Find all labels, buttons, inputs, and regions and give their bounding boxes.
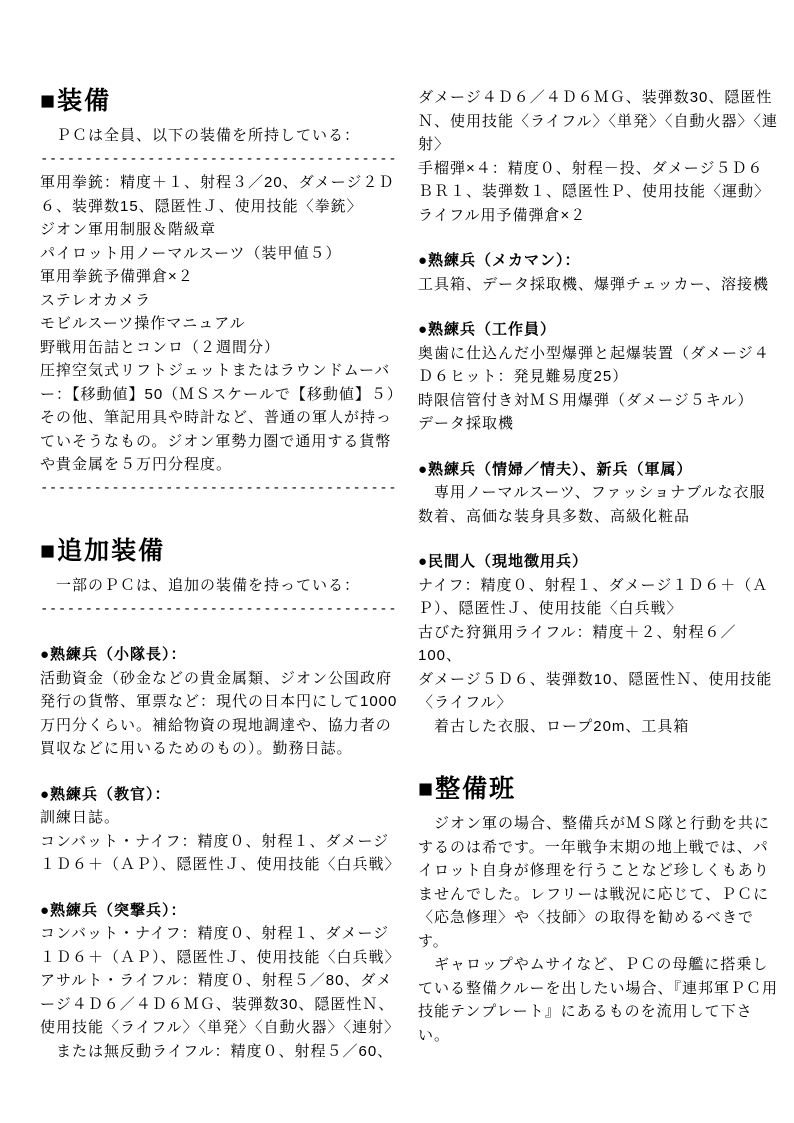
text-line: モビルスーツ操作マニュアル [40,312,400,336]
text-line: 買収などに用いるためのもの）。勤務日誌。 [40,737,400,761]
text-line: ジオン軍の場合、整備兵がＭＳ隊と行動を共に [418,812,780,836]
vertical-gap [418,738,780,760]
text-line: ー：【移動値】50（ＭＳスケールで【移動値】５） [40,383,400,407]
text-line: するのは希です。一年戦争末期の地上戦では、パ [418,836,780,860]
text-line: 発行の貨幣、軍票など：現代の日本円にして1000 [40,690,400,714]
text-line: 工具箱、データ採取機、爆弾チェッカー、溶接機 [418,273,780,297]
vertical-gap [40,500,400,522]
text-line: ダメージ４Ｄ６／４Ｄ６ＭＧ、装弾数30、隠匿性 [418,86,780,110]
text-line: データ採取機 [418,412,780,436]
bullet-heading: ●熟練兵（小隊長）： [40,643,400,667]
text-line: １Ｄ６＋（ＡＰ）、隠匿性Ｊ、使用技能〈白兵戦〉 [40,946,400,970]
bullet-heading: ●熟練兵（教官）： [40,783,400,807]
text-line: 軍用拳銃予備弾倉×２ [40,265,400,289]
text-line: イロット自身が修理を行うことなど珍しくもあり [418,859,780,883]
bullet-heading: ●熟練兵（突撃兵）： [40,899,400,923]
text-line: ギャロップやムサイなど、ＰＣの母艦に搭乗し [418,953,780,977]
text-line: 一部のＰＣは、追加の装備を持っている： [40,574,400,598]
section-heading: ■追加装備 [40,536,400,566]
text-line: 射〉 [418,133,780,157]
dashed-divider: ---------------------------------------- [40,598,400,622]
text-line: 〈ライフル〉 [418,691,780,715]
text-line: パイロット用ノーマルスーツ（装甲値５） [40,242,400,266]
bullet-heading: ●民間人（現地徴用兵） [418,550,780,574]
text-line: Ｐ）、隠匿性Ｊ、使用技能〈白兵戦〉 [418,597,780,621]
vertical-gap [418,227,780,249]
text-line: Ｎ、使用技能〈ライフル〉〈単発〉〈自動火器〉〈連 [418,110,780,134]
text-line: 着古した衣服、ロープ20m、工具箱 [418,715,780,739]
text-line: ている整備クルーを出したい場合、『連邦軍ＰＣ用 [418,977,780,1001]
vertical-gap [418,528,780,550]
text-line: 活動資金（砂金などの貴金属類、ジオン公国政府 [40,667,400,691]
right-column: ダメージ４Ｄ６／４Ｄ６ＭＧ、装弾数30、隠匿性Ｎ、使用技能〈ライフル〉〈単発〉〈… [418,86,780,1047]
dashed-divider: ---------------------------------------- [40,148,400,172]
text-line: ダメージ５Ｄ６、装弾数10、隠匿性Ｎ、使用技能 [418,668,780,692]
text-line: 数着、高価な装身具多数、高級化粧品 [418,505,780,529]
text-line: ませんでした。レフリーは戦況に応じて、ＰＣに [418,883,780,907]
text-line: ージ４Ｄ６／４Ｄ６ＭＧ、装弾数30、隠匿性Ｎ、 [40,993,400,1017]
text-line: 時限信管付き対ＭＳ用爆弾（ダメージ５キル） [418,389,780,413]
text-line: 圧搾空気式リフトジェットまたはラウンドムーバ [40,359,400,383]
text-line: 使用技能〈ライフル〉〈単発〉〈自動火器〉〈連射〉 [40,1016,400,1040]
text-line: 奥歯に仕込んだ小型爆弾と起爆装置（ダメージ４ [418,342,780,366]
text-line: や貴金属を５万円分程度。 [40,453,400,477]
bullet-heading: ●熟練兵（情婦／情夫）、新兵（軍属） [418,458,780,482]
text-line: 万円分くらい。補給物資の現地調達や、協力者の [40,714,400,738]
text-line: Ｄ６ヒット：発見難易度25） [418,365,780,389]
dashed-divider: ---------------------------------------- [40,477,400,501]
text-line: ジオン軍用制服＆階級章 [40,218,400,242]
vertical-gap [418,436,780,458]
vertical-gap [418,296,780,318]
text-line: コンバット・ナイフ：精度０、射程１、ダメージ [40,830,400,854]
text-line: 軍用拳銃：精度＋１、射程３／20、ダメージ２Ｄ [40,171,400,195]
text-line: １Ｄ６＋（ＡＰ）、隠匿性Ｊ、使用技能〈白兵戦〉 [40,853,400,877]
text-line: 手榴弾×４：精度０、射程－投、ダメージ５Ｄ６ [418,157,780,181]
text-line: または無反動ライフル：精度０、射程５／60、 [40,1040,400,1064]
vertical-gap [40,761,400,783]
text-line: 野戦用缶詰とコンロ（２週間分） [40,336,400,360]
text-line: コンバット・ナイフ：精度０、射程１、ダメージ [40,922,400,946]
text-line: 古びた狩猟用ライフル：精度＋２、射程６／100、 [418,621,780,668]
vertical-gap [40,877,400,899]
section-heading: ■整備班 [418,774,780,804]
bullet-heading: ●熟練兵（工作員） [418,318,780,342]
text-line: ていそうなもの。ジオン軍勢力圏で通用する貨幣 [40,430,400,454]
section-heading: ■装備 [40,86,400,116]
text-line: ナイフ：精度０、射程１、ダメージ１Ｄ６＋（Ａ [418,574,780,598]
text-line: アサルト・ライフル：精度０、射程５／80、ダメ [40,969,400,993]
text-line: ライフル用予備弾倉×２ [418,204,780,228]
text-line: ６、装弾数15、隠匿性Ｊ、使用技能〈拳銃〉 [40,195,400,219]
left-column: ■装備 ＰＣは全員、以下の装備を所持している：-----------------… [40,86,400,1063]
text-line: その他、筆記用具や時計など、普通の軍人が持っ [40,406,400,430]
text-line: 〈応急修理〉や〈技師〉の取得を勧めるべきです。 [418,906,780,953]
vertical-gap [40,621,400,643]
text-line: ＰＣは全員、以下の装備を所持している： [40,124,400,148]
text-line: 専用ノーマルスーツ、ファッショナブルな衣服 [418,481,780,505]
bullet-heading: ●熟練兵（メカマン）： [418,249,780,273]
document-page: ■装備 ＰＣは全員、以下の装備を所持している：-----------------… [0,0,794,1123]
text-line: 技能テンプレート』にあるものを流用して下さい。 [418,1000,780,1047]
text-line: 訓練日誌。 [40,806,400,830]
text-line: ＢＲ１、装弾数１、隠匿性Ｐ、使用技能〈運動〉 [418,180,780,204]
text-line: ステレオカメラ [40,289,400,313]
